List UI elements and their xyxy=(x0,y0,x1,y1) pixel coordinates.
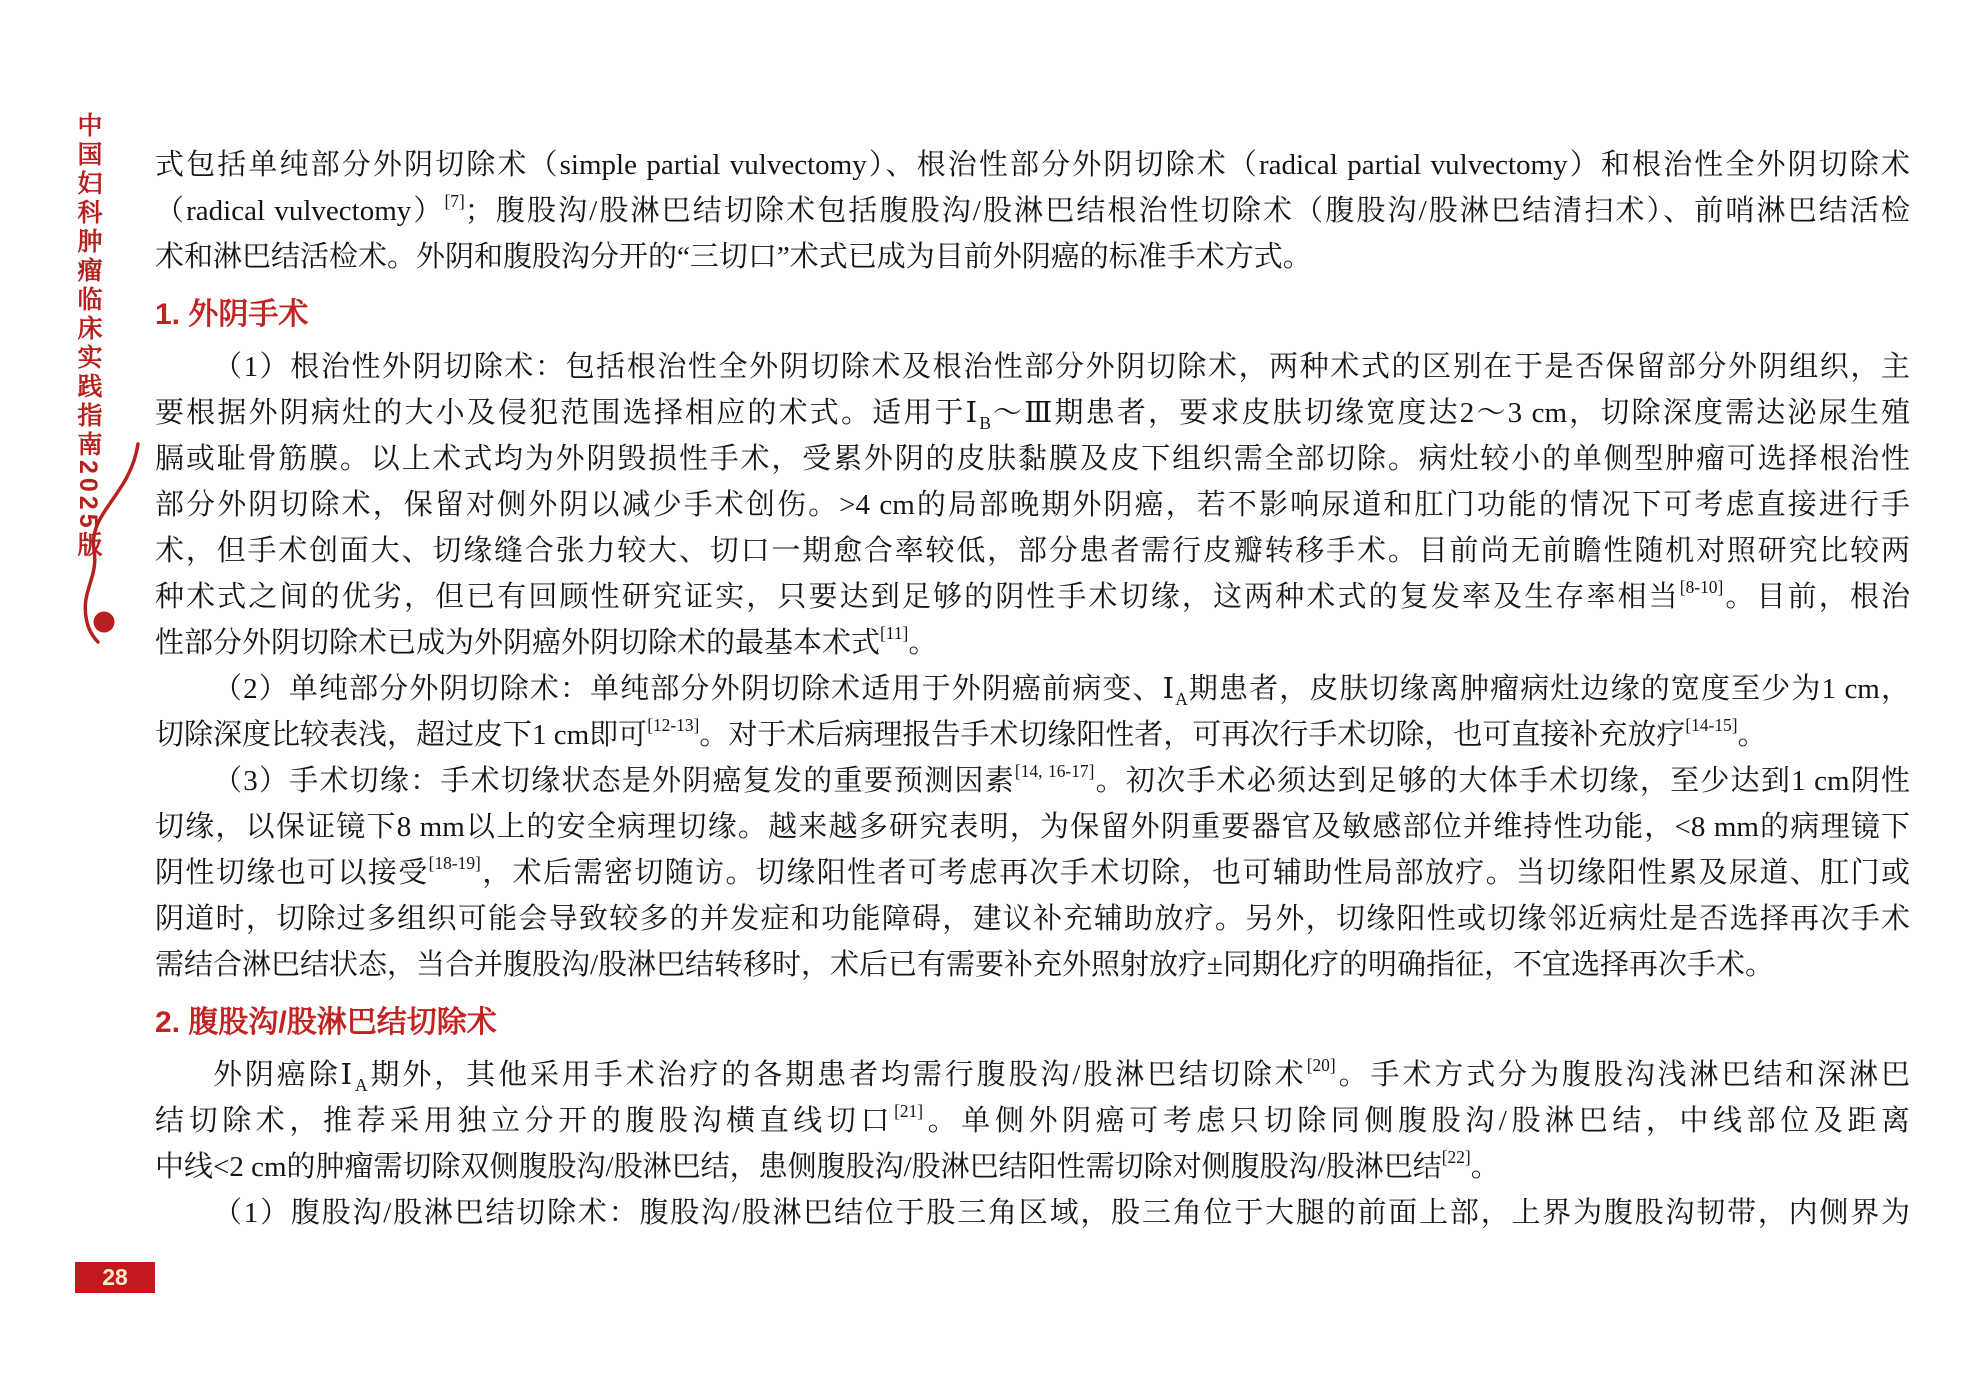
citation-ref: [22] xyxy=(1442,1147,1471,1167)
text-line: 切除深度比较表浅，超过皮下1 cm即可[12-13]。对于术后病理报告手术切缘阳… xyxy=(155,712,1910,758)
text-run: 中线<2 cm的肿瘤需切除双侧腹股沟/股淋巴结，患侧腹股沟/股淋巴结阳性需切除对… xyxy=(155,1151,1442,1183)
text-line: 外阴癌除ⅠA期外，其他采用手术治疗的各期患者均需行腹股沟/股淋巴结切除术[20]… xyxy=(155,1052,1910,1098)
text-line: 部分外阴切除术，保留对侧外阴以减少手术创伤。>4 cm的局部晚期外阴癌，若不影响… xyxy=(155,482,1910,528)
text-run: ～Ⅲ期患者，要求皮肤切缘宽度达2～3 cm，切除深度需达泌尿生殖 xyxy=(991,397,1910,429)
text-run: 式包括单纯部分外阴切除术（simple partial vulvectomy）、… xyxy=(155,149,1910,181)
text-run: （radical vulvectomy） xyxy=(155,195,445,227)
citation-ref: [21] xyxy=(894,1101,923,1121)
sidebar-curve-decoration xyxy=(58,438,162,650)
text-run: 性部分外阴切除术已成为外阴癌外阴切除术的最基本术式 xyxy=(155,627,880,659)
stage-subscript: B xyxy=(979,413,991,433)
text-run: 。手术方式分为腹股沟浅淋巴结和深淋巴 xyxy=(1336,1059,1910,1091)
page-number-badge: 28 xyxy=(75,1262,155,1293)
stage-subscript: A xyxy=(1175,689,1188,709)
text-run: 术，但手术创面大、切缘缝合张力较大、切口一期愈合率较低，部分患者需行皮瓣转移手术… xyxy=(155,535,1910,567)
citation-ref: [18-19] xyxy=(429,853,481,873)
page-number: 28 xyxy=(102,1264,128,1291)
text-line: 阴道时，切除过多组织可能会导致较多的并发症和功能障碍，建议补充辅助放疗。另外，切… xyxy=(155,896,1910,942)
text-line: 式包括单纯部分外阴切除术（simple partial vulvectomy）、… xyxy=(155,142,1910,188)
citation-ref: [14, 16-17] xyxy=(1015,761,1094,781)
text-run: 部分外阴切除术，保留对侧外阴以减少手术创伤。>4 cm的局部晚期外阴癌，若不影响… xyxy=(155,489,1910,521)
text-run: 。目前，根治 xyxy=(1723,581,1910,613)
section-heading: 1. 外阴手术 xyxy=(155,292,1910,338)
citation-ref: [11] xyxy=(880,623,908,643)
text-line: 膈或耻骨筋膜。以上术式均为外阴毁损性手术，受累外阴的皮肤黏膜及皮下组织需全部切除… xyxy=(155,436,1910,482)
text-line: 性部分外阴切除术已成为外阴癌外阴切除术的最基本术式[11]。 xyxy=(155,620,1910,666)
text-run: 。 xyxy=(1738,719,1767,751)
text-run: 阴道时，切除过多组织可能会导致较多的并发症和功能障碍，建议补充辅助放疗。另外，切… xyxy=(155,903,1910,935)
text-line: 种术式之间的优劣，但已有回顾性研究证实，只要达到足够的阴性手术切缘，这两种术式的… xyxy=(155,574,1910,620)
citation-ref: [8-10] xyxy=(1680,577,1723,597)
text-run: （1）根治性外阴切除术：包括根治性全外阴切除术及根治性部分外阴切除术，两种术式的… xyxy=(213,351,1910,383)
text-line: 术，但手术创面大、切缘缝合张力较大、切口一期愈合率较低，部分患者需行皮瓣转移手术… xyxy=(155,528,1910,574)
document-page: 中国妇科肿瘤临床实践指南2025版 式包括单纯部分外阴切除术（simple pa… xyxy=(0,0,1965,1398)
text-run: 要根据外阴病灶的大小及侵犯范围选择相应的术式。适用于Ⅰ xyxy=(155,397,979,429)
text-run: 。 xyxy=(1471,1151,1500,1183)
text-run: 。单侧外阴癌可考虑只切除同侧腹股沟/股淋巴结，中线部位及距离 xyxy=(923,1105,1910,1137)
text-line: 阴性切缘也可以接受[18-19]，术后需密切随访。切缘阳性者可考虑再次手术切除，… xyxy=(155,850,1910,896)
text-run: （1）腹股沟/股淋巴结切除术：腹股沟/股淋巴结位于股三角区域，股三角位于大腿的前… xyxy=(213,1197,1910,1229)
content: 式包括单纯部分外阴切除术（simple partial vulvectomy）、… xyxy=(155,142,1910,1236)
text-run: （3）手术切缘：手术切缘状态是外阴癌复发的重要预测因素 xyxy=(213,765,1015,797)
text-line: 术和淋巴结活检术。外阴和腹股沟分开的“三切口”术式已成为目前外阴癌的标准手术方式… xyxy=(155,234,1910,280)
text-run: 结切除术，推荐采用独立分开的腹股沟横直线切口 xyxy=(155,1105,894,1137)
text-line: （3）手术切缘：手术切缘状态是外阴癌复发的重要预测因素[14, 16-17]。初… xyxy=(155,758,1910,804)
stage-subscript: A xyxy=(355,1075,368,1095)
text-line: 中线<2 cm的肿瘤需切除双侧腹股沟/股淋巴结，患侧腹股沟/股淋巴结阳性需切除对… xyxy=(155,1144,1910,1190)
text-run: 需结合淋巴结状态，当合并腹股沟/股淋巴结转移时，术后已有需要补充外照射放疗±同期… xyxy=(155,949,1774,981)
text-run: 。对于术后病理报告手术切缘阳性者，可再次行手术切除，也可直接补充放疗 xyxy=(699,719,1685,751)
text-run: 。 xyxy=(908,627,937,659)
text-line: 结切除术，推荐采用独立分开的腹股沟横直线切口[21]。单侧外阴癌可考虑只切除同侧… xyxy=(155,1098,1910,1144)
text-run: 阴性切缘也可以接受 xyxy=(155,857,429,889)
text-run: 膈或耻骨筋膜。以上术式均为外阴毁损性手术，受累外阴的皮肤黏膜及皮下组织需全部切除… xyxy=(155,443,1910,475)
text-run: 外阴癌除Ⅰ xyxy=(213,1059,355,1091)
text-run: 期外，其他采用手术治疗的各期患者均需行腹股沟/股淋巴结切除术 xyxy=(368,1059,1307,1091)
text-line: （2）单纯部分外阴切除术：单纯部分外阴切除术适用于外阴癌前病变、ⅠA期患者，皮肤… xyxy=(155,666,1910,712)
citation-ref: [7] xyxy=(445,191,465,211)
text-run: 。初次手术必须达到足够的大体手术切缘，至少达到1 cm阴性 xyxy=(1094,765,1910,797)
text-run: 期患者，皮肤切缘离肿瘤病灶边缘的宽度至少为1 cm， xyxy=(1188,673,1910,705)
text-run: 切除深度比较表浅，超过皮下1 cm即可 xyxy=(155,719,647,751)
text-run: （2）单纯部分外阴切除术：单纯部分外阴切除术适用于外阴癌前病变、Ⅰ xyxy=(213,673,1175,705)
citation-ref: [20] xyxy=(1307,1055,1336,1075)
text-line: （1）根治性外阴切除术：包括根治性全外阴切除术及根治性部分外阴切除术，两种术式的… xyxy=(155,344,1910,390)
text-line: （1）腹股沟/股淋巴结切除术：腹股沟/股淋巴结位于股三角区域，股三角位于大腿的前… xyxy=(155,1190,1910,1236)
citation-ref: [14-15] xyxy=(1685,715,1737,735)
text-run: ，术后需密切随访。切缘阳性者可考虑再次手术切除，也可辅助性局部放疗。当切缘阳性累… xyxy=(481,857,1910,889)
text-run: 切缘，以保证镜下8 mm以上的安全病理切缘。越来越多研究表明，为保留外阴重要器官… xyxy=(155,811,1910,843)
text-run: 术和淋巴结活检术。外阴和腹股沟分开的“三切口”术式已成为目前外阴癌的标准手术方式… xyxy=(155,241,1312,273)
citation-ref: [12-13] xyxy=(647,715,699,735)
text-run: ；腹股沟/股淋巴结切除术包括腹股沟/股淋巴结根治性切除术（腹股沟/股淋巴结清扫术… xyxy=(465,195,1910,227)
dot-icon xyxy=(94,612,115,633)
text-run: 种术式之间的优劣，但已有回顾性研究证实，只要达到足够的阴性手术切缘，这两种术式的… xyxy=(155,581,1680,613)
section-heading: 2. 腹股沟/股淋巴结切除术 xyxy=(155,1000,1910,1046)
curve-stroke xyxy=(85,444,138,642)
text-line: （radical vulvectomy）[7]；腹股沟/股淋巴结切除术包括腹股沟… xyxy=(155,188,1910,234)
text-line: 要根据外阴病灶的大小及侵犯范围选择相应的术式。适用于ⅠB～Ⅲ期患者，要求皮肤切缘… xyxy=(155,390,1910,436)
text-line: 需结合淋巴结状态，当合并腹股沟/股淋巴结转移时，术后已有需要补充外照射放疗±同期… xyxy=(155,942,1910,988)
text-line: 切缘，以保证镜下8 mm以上的安全病理切缘。越来越多研究表明，为保留外阴重要器官… xyxy=(155,804,1910,850)
